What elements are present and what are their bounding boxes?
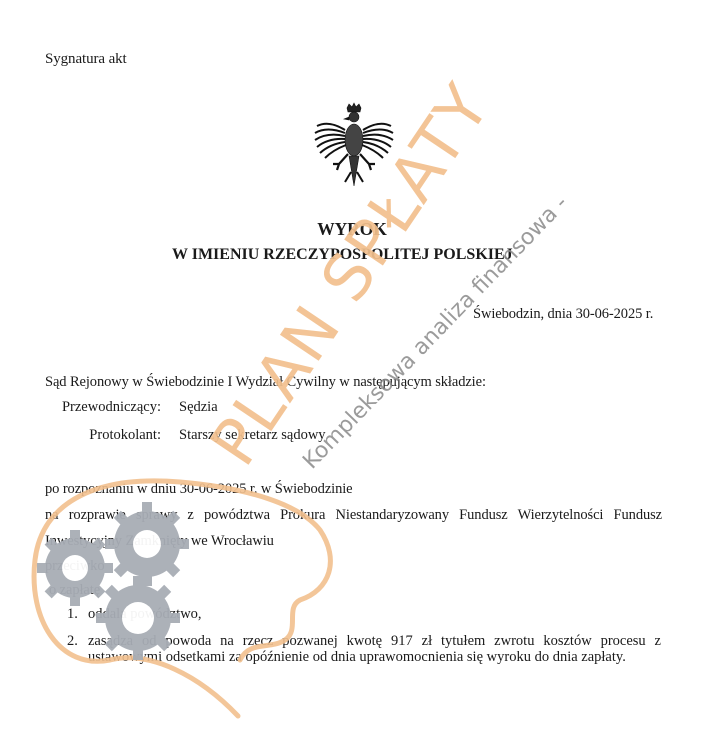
ruling-text: zasądza od powoda na rzecz pozwanej kwot…	[88, 633, 661, 665]
judgment-document: Sygnatura akt	[0, 0, 704, 730]
ruling-text-line-1: zasądza od powoda na rzecz pozwanej kwot…	[88, 633, 661, 649]
against-label: przeciwko	[45, 557, 105, 575]
recognition-line: po rozpoznaniu w dniu 30-06-2025 r. w Św…	[45, 480, 353, 498]
ruling-text-line-2: ustawowymi odsetkami za opóźnienie od dn…	[88, 649, 661, 665]
case-subject: o zapłatę	[49, 581, 100, 599]
document-title: WYROK	[0, 220, 704, 238]
composition-label: Przewodniczący:	[30, 398, 161, 416]
ruling-number: 1.	[67, 606, 87, 622]
composition-value: Sędzia	[179, 398, 218, 416]
case-signature-label: Sygnatura akt	[45, 50, 127, 68]
place-and-date: Świebodzin, dnia 30-06-2025 r.	[473, 305, 653, 323]
court-composition-intro: Sąd Rejonowy w Świebodzinie I Wydział Cy…	[45, 373, 486, 391]
ruling-text: oddala powództwo,	[88, 606, 202, 622]
case-description-line-1: na rozprawie sprawy z powództwa Prokura …	[45, 506, 662, 524]
case-description-line-2: Inwestycyjny Zamknięty we Wrocławiu	[45, 532, 274, 550]
ruling-number: 2.	[67, 633, 87, 649]
polish-eagle-emblem-icon	[311, 102, 397, 190]
document-subtitle: W IMIENIU RZECZYPOSPOLITEJ POLSKIEJ	[172, 246, 513, 264]
composition-label: Protokolant:	[30, 426, 161, 444]
composition-value: Starszy sekretarz sądowy	[179, 426, 326, 444]
